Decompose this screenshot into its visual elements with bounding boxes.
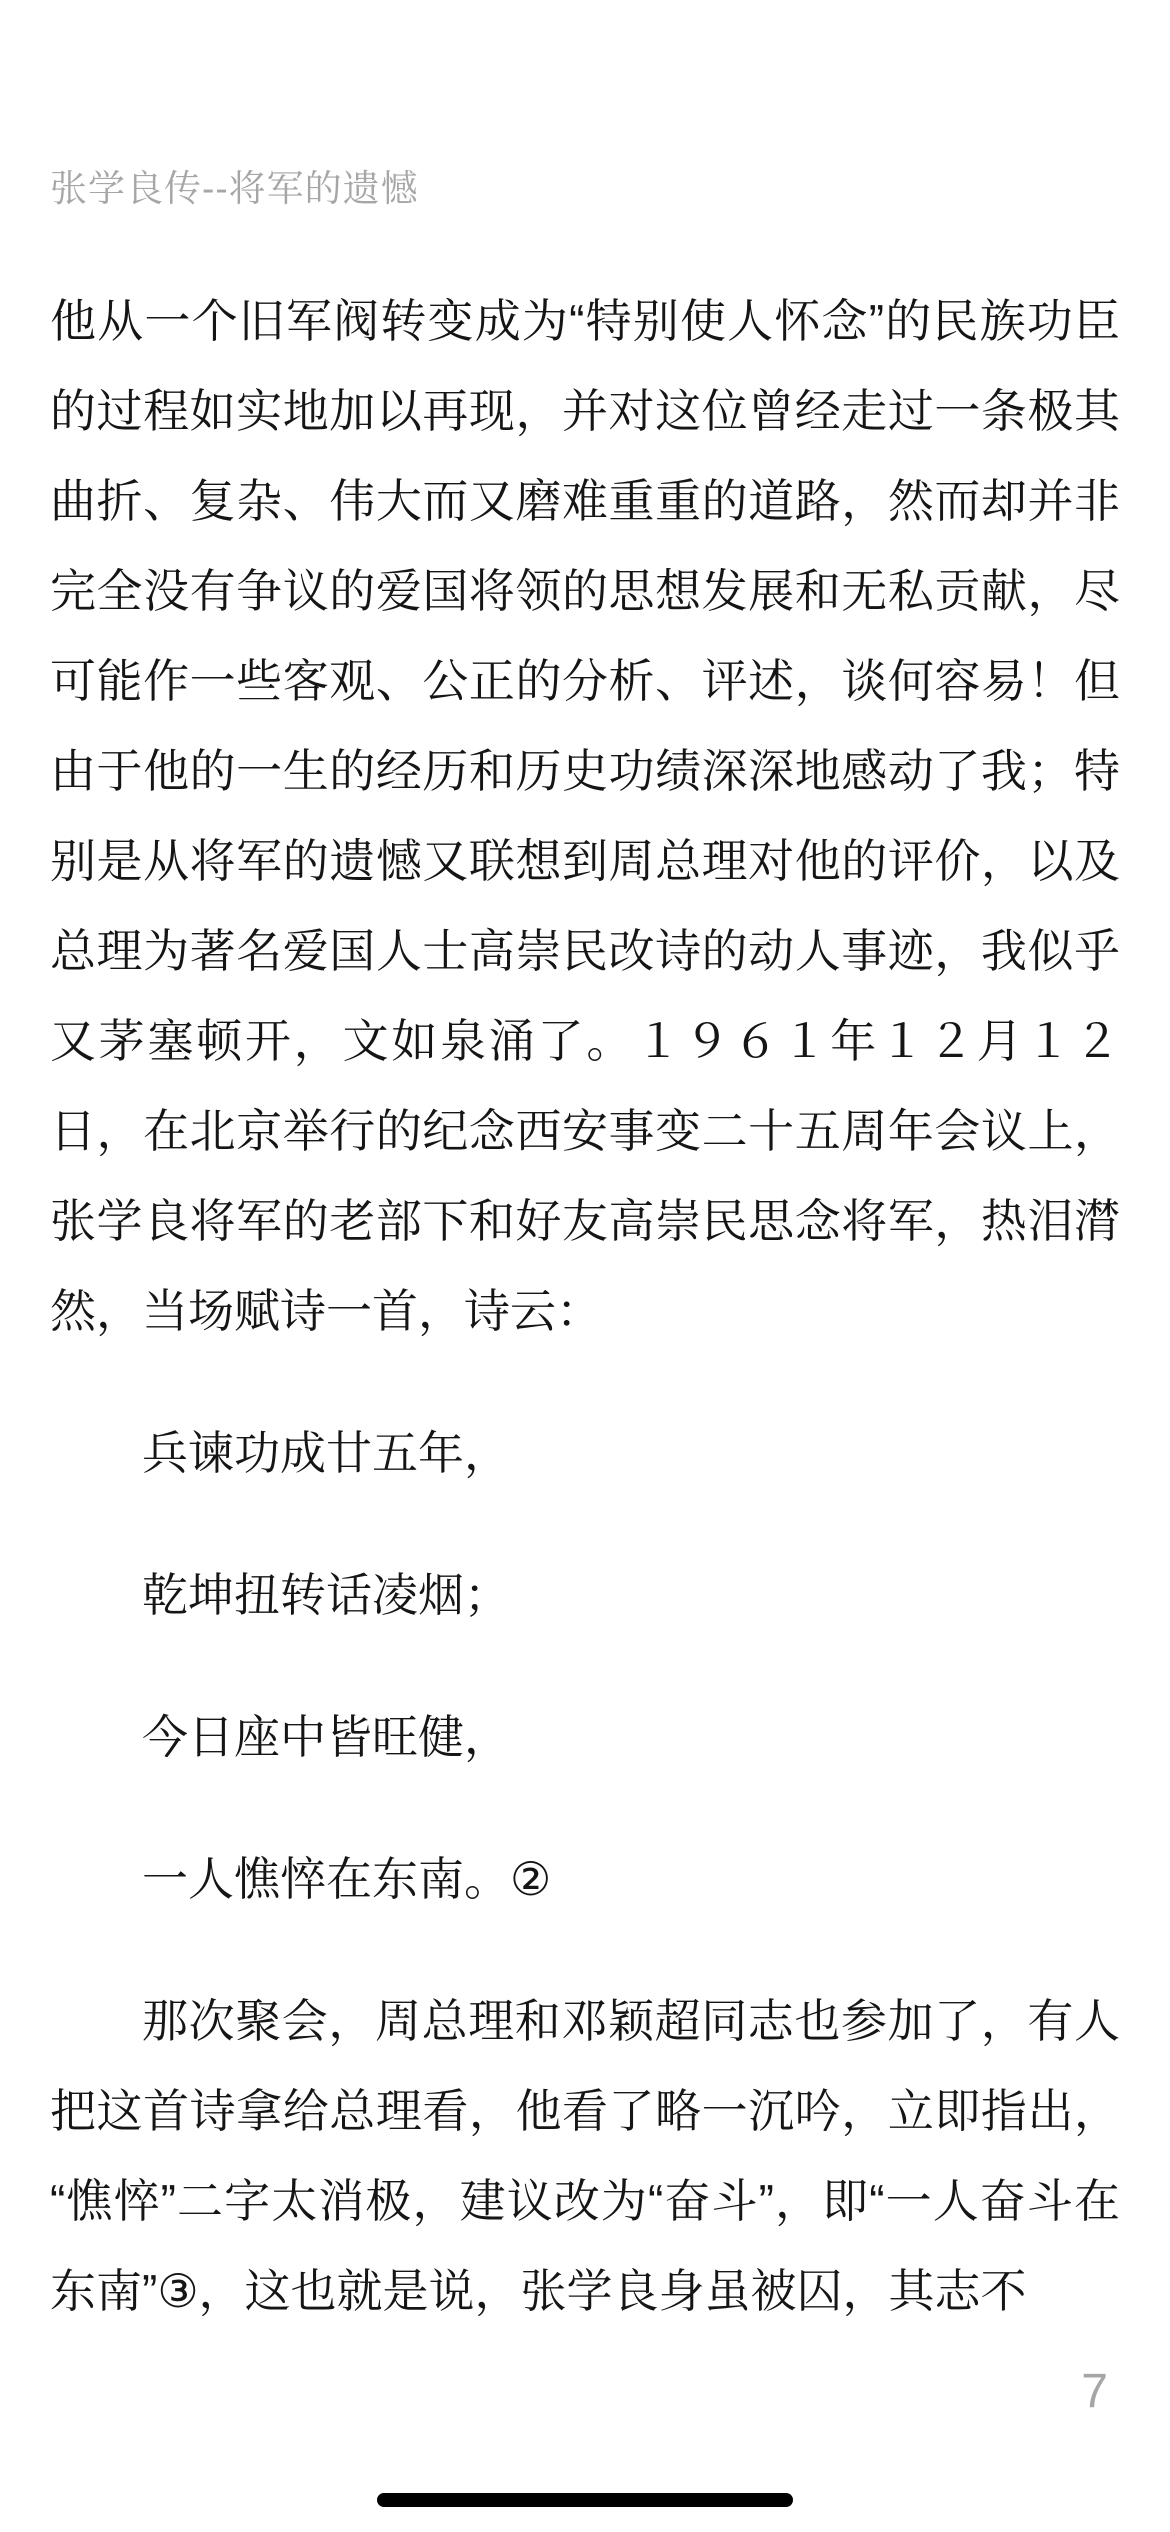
book-title: 张学良传--将军的遗憾 xyxy=(50,166,419,212)
paragraph: 那次聚会，周总理和邓颖超同志也参加了，有人把这首诗拿给总理看，他看了略一沉吟，立… xyxy=(50,1976,1120,2336)
home-indicator-handle[interactable] xyxy=(377,2493,793,2507)
page-number: 7 xyxy=(1081,2368,1108,2416)
poem-line: 今日座中皆旺健， xyxy=(50,1692,1120,1782)
poem-line: 乾坤扭转话凌烟； xyxy=(50,1550,1120,1640)
paragraph: 他从一个旧军阀转变成为“特别使人怀念”的民族功臣的过程如实地加以再现，并对这位曾… xyxy=(50,276,1120,1356)
poem-line: 一人憔悴在东南。② xyxy=(50,1834,1120,1924)
page-text: 他从一个旧军阀转变成为“特别使人怀念”的民族功臣的过程如实地加以再现，并对这位曾… xyxy=(50,276,1120,2336)
poem-line: 兵谏功成廿五年， xyxy=(50,1408,1120,1498)
reader-page[interactable]: 张学良传--将军的遗憾 他从一个旧军阀转变成为“特别使人怀念”的民族功臣的过程如… xyxy=(0,0,1170,2532)
